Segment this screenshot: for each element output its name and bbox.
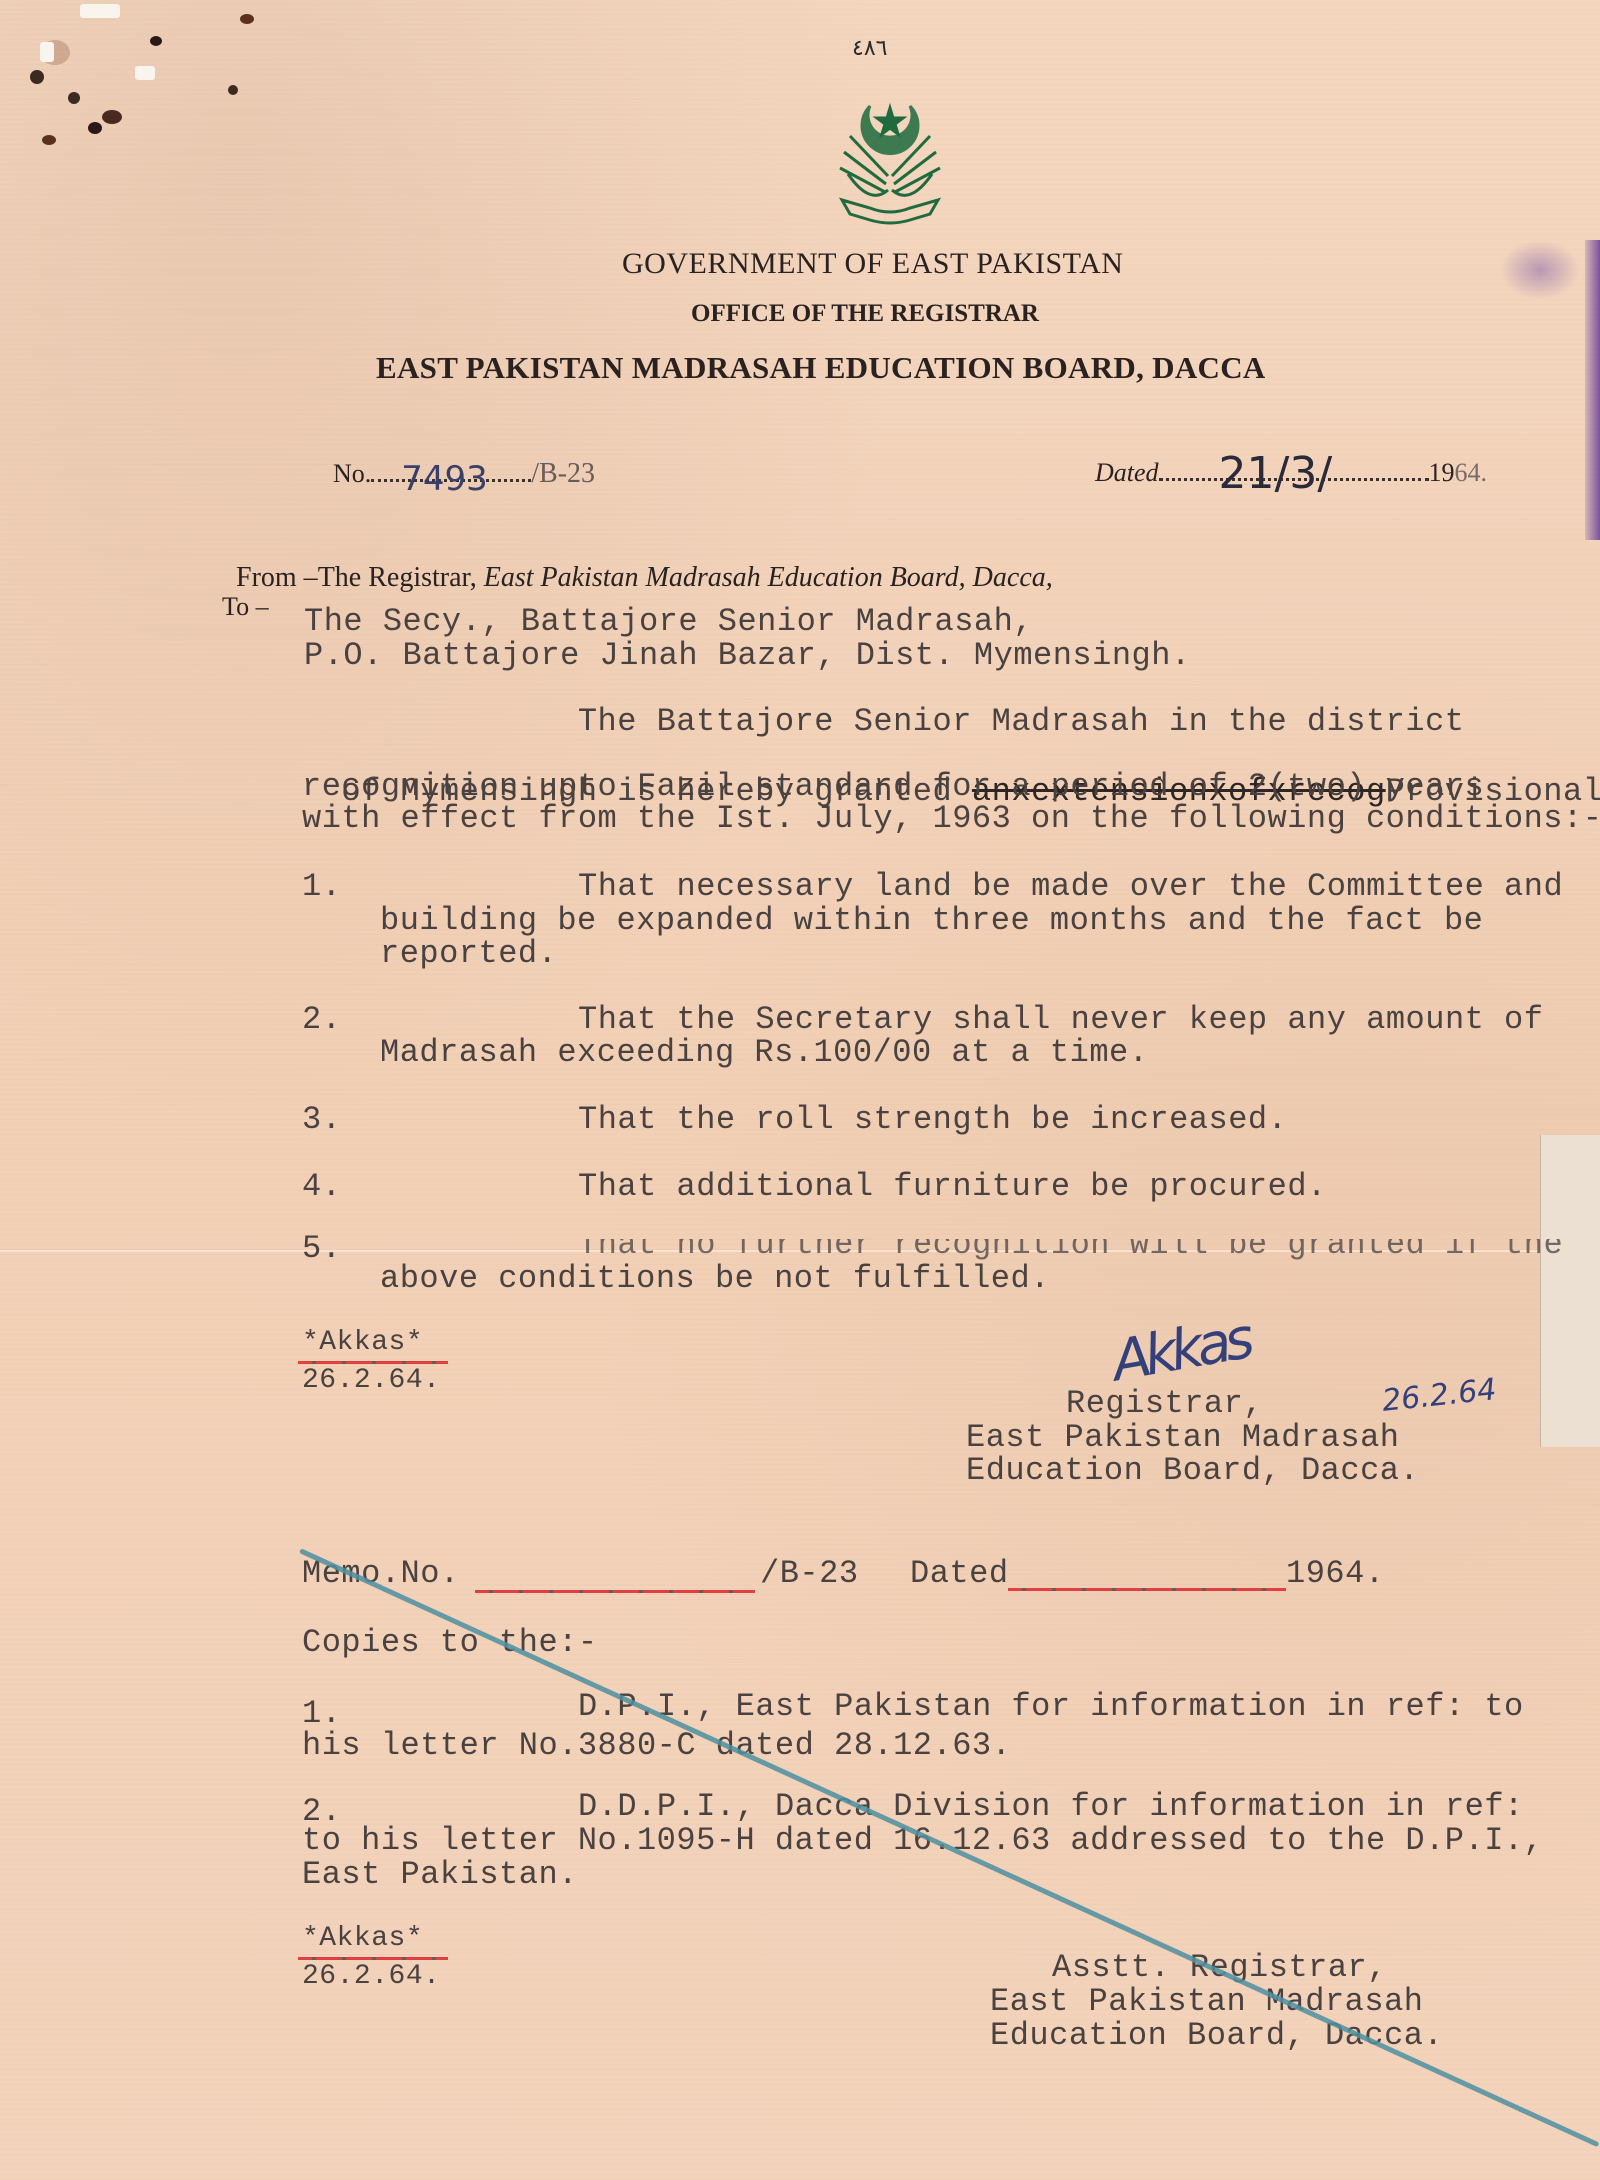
stain (240, 14, 254, 24)
stain (150, 36, 162, 46)
paper-chip (40, 42, 54, 62)
condition-1-line-1: That necessary land be made over the Com… (578, 868, 1563, 905)
copy-2-line-1: D.D.P.I., Dacca Division for information… (578, 1788, 1524, 1825)
condition-2-line-1: That the Secretary shall never keep any … (578, 1001, 1543, 1038)
folded-paper-tab (1540, 1135, 1600, 1447)
condition-2-line-2: Madrasah exceeding Rs.100/00 at a time. (380, 1034, 1148, 1071)
dated-field: 21/3/ (1159, 478, 1429, 481)
memo-number-suffix: /B-23 (760, 1555, 859, 1592)
to-label: To – (222, 592, 269, 622)
to-address-line-2: P.O. Battajore Jinah Bazar, Dist. Mymens… (304, 637, 1191, 674)
registrar-org-line-2: Education Board, Dacca. (966, 1452, 1419, 1489)
government-of-east-pakistan-emblem-icon (822, 78, 942, 208)
condition-1-line-3: reported. (380, 935, 557, 972)
memo-number-blank (475, 1590, 755, 1593)
stain (68, 92, 80, 104)
paper-chip (80, 4, 120, 18)
red-underline (298, 1361, 448, 1364)
letterhead-government: GOVERNMENT OF EAST PAKISTAN (622, 247, 1123, 281)
year-printed: 19 (1429, 458, 1455, 487)
handwritten-number: 7493 (401, 459, 488, 499)
registrar-title: Registrar, (1066, 1385, 1263, 1422)
year-typed: 64. (1455, 458, 1488, 487)
stain (102, 110, 122, 124)
number-suffix: /B-23 (531, 458, 595, 489)
condition-3-line-1: That the roll strength be increased. (578, 1101, 1287, 1138)
typist-initials-1: *Akkas* (302, 1327, 423, 1358)
copies-to-label: Copies to the:- (302, 1624, 598, 1661)
dated-label: Dated (1095, 458, 1159, 487)
stain (42, 135, 56, 145)
page-number: ٤٨٦ (852, 36, 887, 61)
number-field: 7493 (371, 479, 531, 482)
registrar-org-line-1: East Pakistan Madrasah (966, 1419, 1399, 1456)
condition-5-number: 5. (302, 1230, 341, 1267)
condition-5-line-2: above conditions be not fulfilled. (380, 1260, 1050, 1297)
red-underline (298, 1957, 448, 1960)
copy-1-line-2: his letter No.3880-C dated 28.12.63. (302, 1727, 1011, 1764)
asst-registrar-org-line-1: East Pakistan Madrasah (990, 1983, 1423, 2020)
asst-registrar-title: Asstt. Registrar, (1052, 1949, 1387, 1986)
copy-1-line-1: D.P.I., East Pakistan for information in… (578, 1688, 1524, 1725)
stain (88, 122, 102, 134)
condition-1-number: 1. (302, 868, 341, 905)
ink-edge (1585, 240, 1600, 540)
typist-date-2: 26.2.64. (302, 1961, 440, 1992)
copy-2-line-2: to his letter No.1095-H dated 16.12.63 a… (302, 1822, 1543, 1859)
condition-4-number: 4. (302, 1168, 341, 1205)
number-label: No. (333, 459, 371, 488)
from-label: From – (236, 562, 318, 593)
typist-initials-2: *Akkas* (302, 1923, 423, 1954)
memo-date-blank (1008, 1588, 1286, 1591)
reference-number-row: No.7493/B-23 (320, 428, 595, 490)
condition-4-line-1: That additional furniture be procured. (578, 1168, 1327, 1205)
condition-1-line-2: building be expanded within three months… (380, 902, 1483, 939)
body-line-4: with effect from the Ist. July, 1963 on … (302, 800, 1600, 837)
dated-row: Dated21/3/1964. (1082, 428, 1487, 488)
ink-smudge (1500, 240, 1580, 300)
from-line: From –The Registrar, East Pakistan Madra… (222, 530, 1053, 594)
stain (30, 70, 44, 84)
memo-year: 1964. (1286, 1555, 1385, 1592)
from-organization: East Pakistan Madrasah Education Board, … (484, 562, 1053, 593)
copy-2-line-3: East Pakistan. (302, 1856, 578, 1893)
paper-chip (135, 66, 155, 80)
stain (228, 85, 238, 95)
typist-date-1: 26.2.64. (302, 1365, 440, 1396)
body-line-1: The Battajore Senior Madrasah in the dis… (302, 703, 1464, 740)
asst-registrar-org-line-2: Education Board, Dacca. (990, 2017, 1443, 2054)
handwritten-date: 21/3/ (1219, 448, 1333, 499)
letterhead-board: EAST PAKISTAN MADRASAH EDUCATION BOARD, … (376, 350, 1266, 386)
from-name: The Registrar, (318, 562, 477, 593)
condition-3-number: 3. (302, 1101, 341, 1138)
to-address-line-1: The Secy., Battajore Senior Madrasah, (304, 603, 1033, 640)
letterhead-office: OFFICE OF THE REGISTRAR (691, 300, 1039, 328)
condition-2-number: 2. (302, 1001, 341, 1038)
memo-dated-label: Dated (910, 1555, 1009, 1592)
